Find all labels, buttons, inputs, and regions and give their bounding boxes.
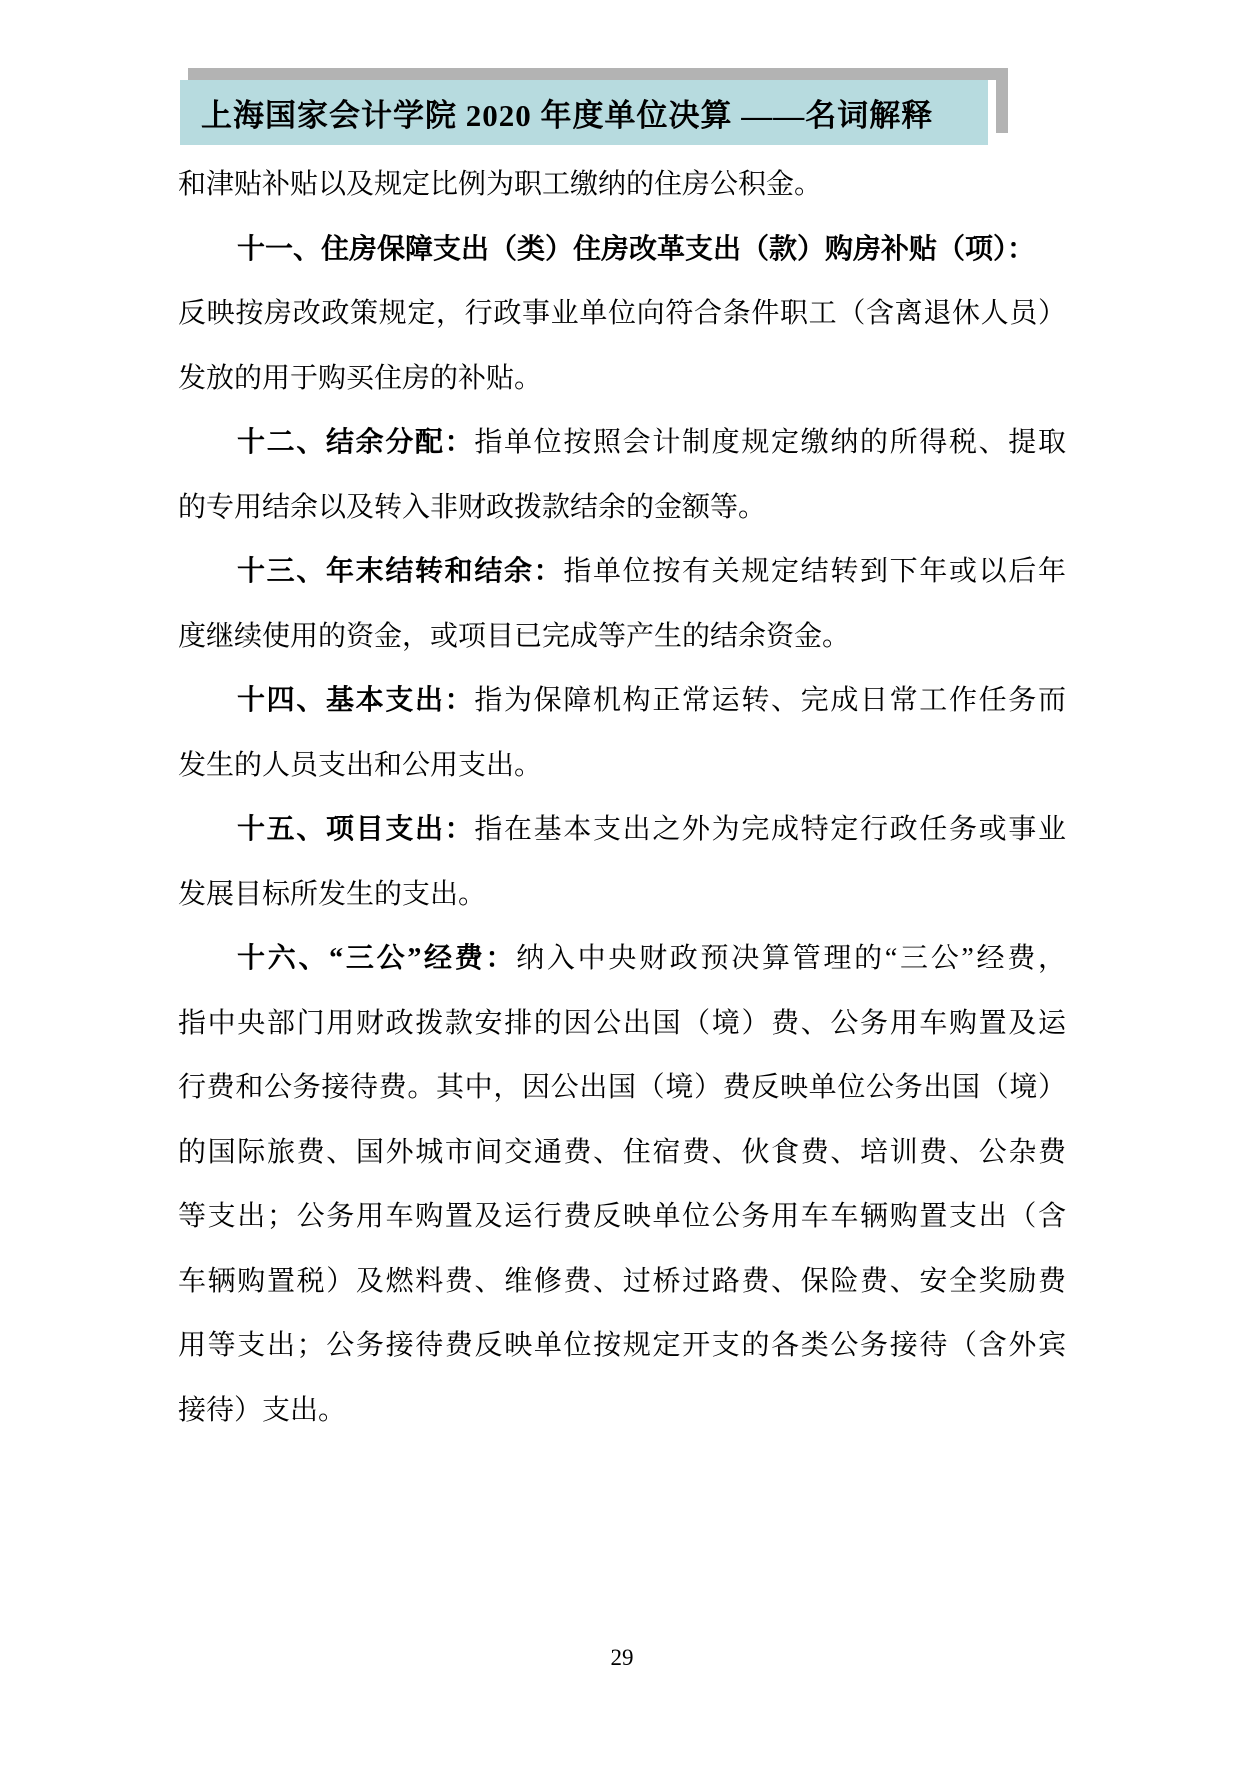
text-segment: 指中央部门用财政拨款安排的因公出国（境）费、公务用车购置及运 bbox=[178, 1008, 1066, 1039]
text-segment: 指单位按照会计制度规定缴纳的所得税、提取 bbox=[474, 427, 1066, 458]
text-segment: 车辆购置税）及燃料费、维修费、过桥过路费、保险费、安全奖励费 bbox=[178, 1266, 1066, 1297]
banner-shadow-right bbox=[996, 68, 1008, 133]
text-line: 十四、基本支出：指为保障机构正常运转、完成日常工作任务而 bbox=[178, 669, 1066, 734]
text-segment: 度继续使用的资金，或项目已完成等产生的结余资金。 bbox=[178, 621, 850, 652]
banner-shadow-top bbox=[188, 68, 1008, 80]
text-line: 接待）支出。 bbox=[178, 1379, 1066, 1444]
text-segment: 反映按房改政策规定，行政事业单位向符合条件职工（含离退休人员） bbox=[178, 298, 1066, 329]
text-line: 发生的人员支出和公用支出。 bbox=[178, 734, 1066, 799]
header-banner: 上海国家会计学院 2020 年度单位决算 ——名词解释 bbox=[180, 80, 988, 145]
text-line: 等支出；公务用车购置及运行费反映单位公务用车车辆购置支出（含 bbox=[178, 1185, 1066, 1250]
text-line: 用等支出；公务接待费反映单位按规定开支的各类公务接待（含外宾 bbox=[178, 1314, 1066, 1379]
text-segment: 发放的用于购买住房的补贴。 bbox=[178, 363, 542, 394]
text-segment: 用等支出；公务接待费反映单位按规定开支的各类公务接待（含外宾 bbox=[178, 1330, 1066, 1361]
document-page: 上海国家会计学院 2020 年度单位决算 ——名词解释 和津贴补贴以及规定比例为… bbox=[0, 0, 1241, 1778]
text-segment: 发生的人员支出和公用支出。 bbox=[178, 750, 542, 781]
text-segment: 的专用结余以及转入非财政拨款结余的金额等。 bbox=[178, 492, 766, 523]
body-text: 和津贴补贴以及规定比例为职工缴纳的住房公积金。十一、住房保障支出（类）住房改革支… bbox=[178, 153, 1066, 1443]
text-line: 度继续使用的资金，或项目已完成等产生的结余资金。 bbox=[178, 605, 1066, 670]
text-segment: 的国际旅费、国外城市间交通费、住宿费、伙食费、培训费、公杂费 bbox=[178, 1137, 1066, 1168]
text-segment: 指在基本支出之外为完成特定行政任务或事业 bbox=[474, 814, 1066, 845]
text-line: 反映按房改政策规定，行政事业单位向符合条件职工（含离退休人员） bbox=[178, 282, 1066, 347]
text-line: 指中央部门用财政拨款安排的因公出国（境）费、公务用车购置及运 bbox=[178, 992, 1066, 1057]
term-heading: 十四、基本支出： bbox=[237, 685, 474, 716]
text-line: 十二、结余分配：指单位按照会计制度规定缴纳的所得税、提取 bbox=[178, 411, 1066, 476]
text-segment: 纳入中央财政预决算管理的“三公”经费， bbox=[516, 943, 1066, 974]
term-heading: 十一、住房保障支出（类）住房改革支出（款）购房补贴（项）： bbox=[237, 234, 1035, 265]
page-number: 29 bbox=[178, 1645, 1066, 1671]
text-line: 发放的用于购买住房的补贴。 bbox=[178, 347, 1066, 412]
text-segment: 指为保障机构正常运转、完成日常工作任务而 bbox=[474, 685, 1066, 716]
text-line: 的国际旅费、国外城市间交通费、住宿费、伙食费、培训费、公杂费 bbox=[178, 1121, 1066, 1186]
header-banner-title: 上海国家会计学院 2020 年度单位决算 ——名词解释 bbox=[180, 90, 933, 135]
text-line: 车辆购置税）及燃料费、维修费、过桥过路费、保险费、安全奖励费 bbox=[178, 1250, 1066, 1315]
text-line: 的专用结余以及转入非财政拨款结余的金额等。 bbox=[178, 476, 1066, 541]
term-heading: 十六、“三公”经费： bbox=[237, 943, 516, 974]
term-heading: 十二、结余分配： bbox=[237, 427, 474, 458]
text-segment: 行费和公务接待费。其中，因公出国（境）费反映单位公务出国（境） bbox=[178, 1072, 1066, 1103]
term-heading: 十五、项目支出： bbox=[237, 814, 474, 845]
text-line: 行费和公务接待费。其中，因公出国（境）费反映单位公务出国（境） bbox=[178, 1056, 1066, 1121]
text-line: 和津贴补贴以及规定比例为职工缴纳的住房公积金。 bbox=[178, 153, 1066, 218]
term-heading: 十三、年末结转和结余： bbox=[237, 556, 563, 587]
text-line: 十一、住房保障支出（类）住房改革支出（款）购房补贴（项）： bbox=[178, 218, 1066, 283]
text-segment: 指单位按有关规定结转到下年或以后年 bbox=[563, 556, 1066, 587]
text-segment: 和津贴补贴以及规定比例为职工缴纳的住房公积金。 bbox=[178, 169, 822, 200]
text-line: 发展目标所发生的支出。 bbox=[178, 863, 1066, 928]
text-segment: 发展目标所发生的支出。 bbox=[178, 879, 486, 910]
text-line: 十三、年末结转和结余：指单位按有关规定结转到下年或以后年 bbox=[178, 540, 1066, 605]
text-line: 十五、项目支出：指在基本支出之外为完成特定行政任务或事业 bbox=[178, 798, 1066, 863]
text-segment: 接待）支出。 bbox=[178, 1395, 346, 1426]
text-segment: 等支出；公务用车购置及运行费反映单位公务用车车辆购置支出（含 bbox=[178, 1201, 1066, 1232]
text-line: 十六、“三公”经费：纳入中央财政预决算管理的“三公”经费， bbox=[178, 927, 1066, 992]
